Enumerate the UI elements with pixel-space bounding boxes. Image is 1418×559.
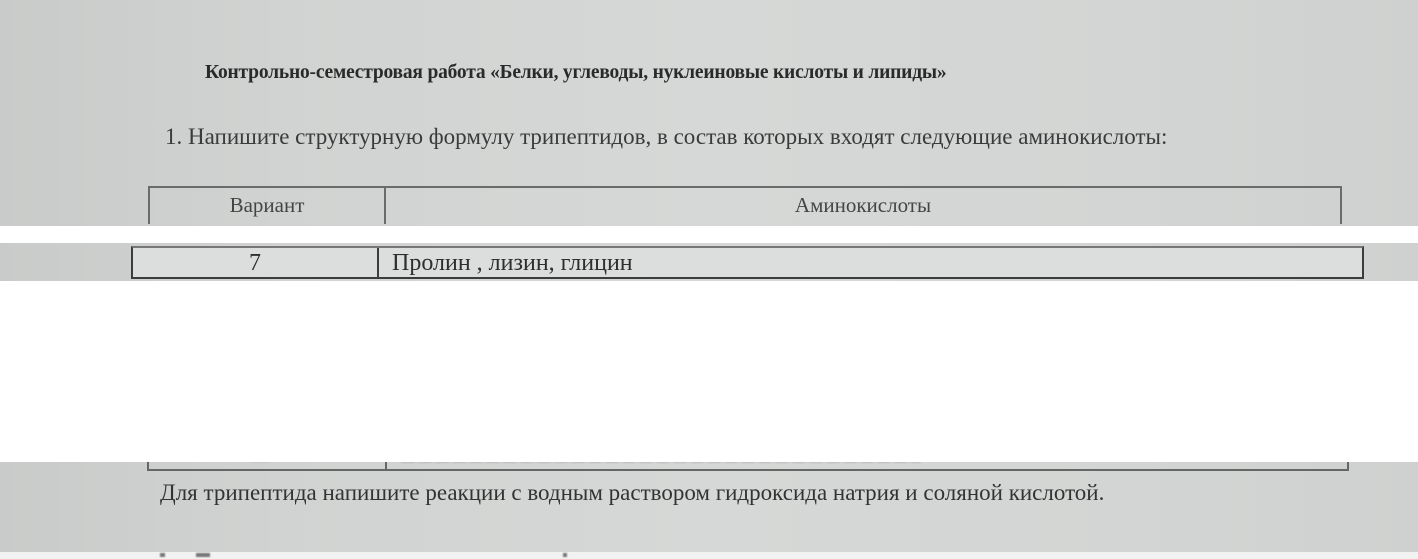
photo-strip-bottom: Для трипептида напишите реакции с водным… (0, 462, 1418, 552)
table-row-partially-hidden (147, 462, 1349, 471)
photo-strip-variant-row: 7 Пролин , лизин, глицин (0, 243, 1418, 281)
photo-strip-top: Контрольно-семестровая работа «Белки, уг… (0, 0, 1418, 226)
table-header-amino-acids: Аминокислоты (386, 188, 1340, 224)
cut-off-text-marks (0, 552, 1418, 559)
amino-acids-cell: Пролин , лизин, глицин (379, 248, 1362, 277)
variant-cell-blurred (149, 462, 387, 469)
blank-gap (0, 281, 1418, 462)
photo-strip-foot (0, 552, 1418, 559)
task-text: Для трипептида напишите реакции с водным… (160, 477, 1336, 508)
question-1-text: 1. Напишите структурную формулу трипепти… (165, 122, 1330, 152)
document-title: Контрольно-семестровая работа «Белки, уг… (205, 62, 1305, 84)
variant-cell: 7 (133, 248, 379, 277)
table-row: 7 Пролин , лизин, глицин (131, 246, 1364, 279)
amino-acids-cell-blurred (387, 462, 1347, 469)
table-header-row: Вариант Аминокислоты (148, 186, 1342, 224)
table-header-variant: Вариант (150, 188, 386, 224)
